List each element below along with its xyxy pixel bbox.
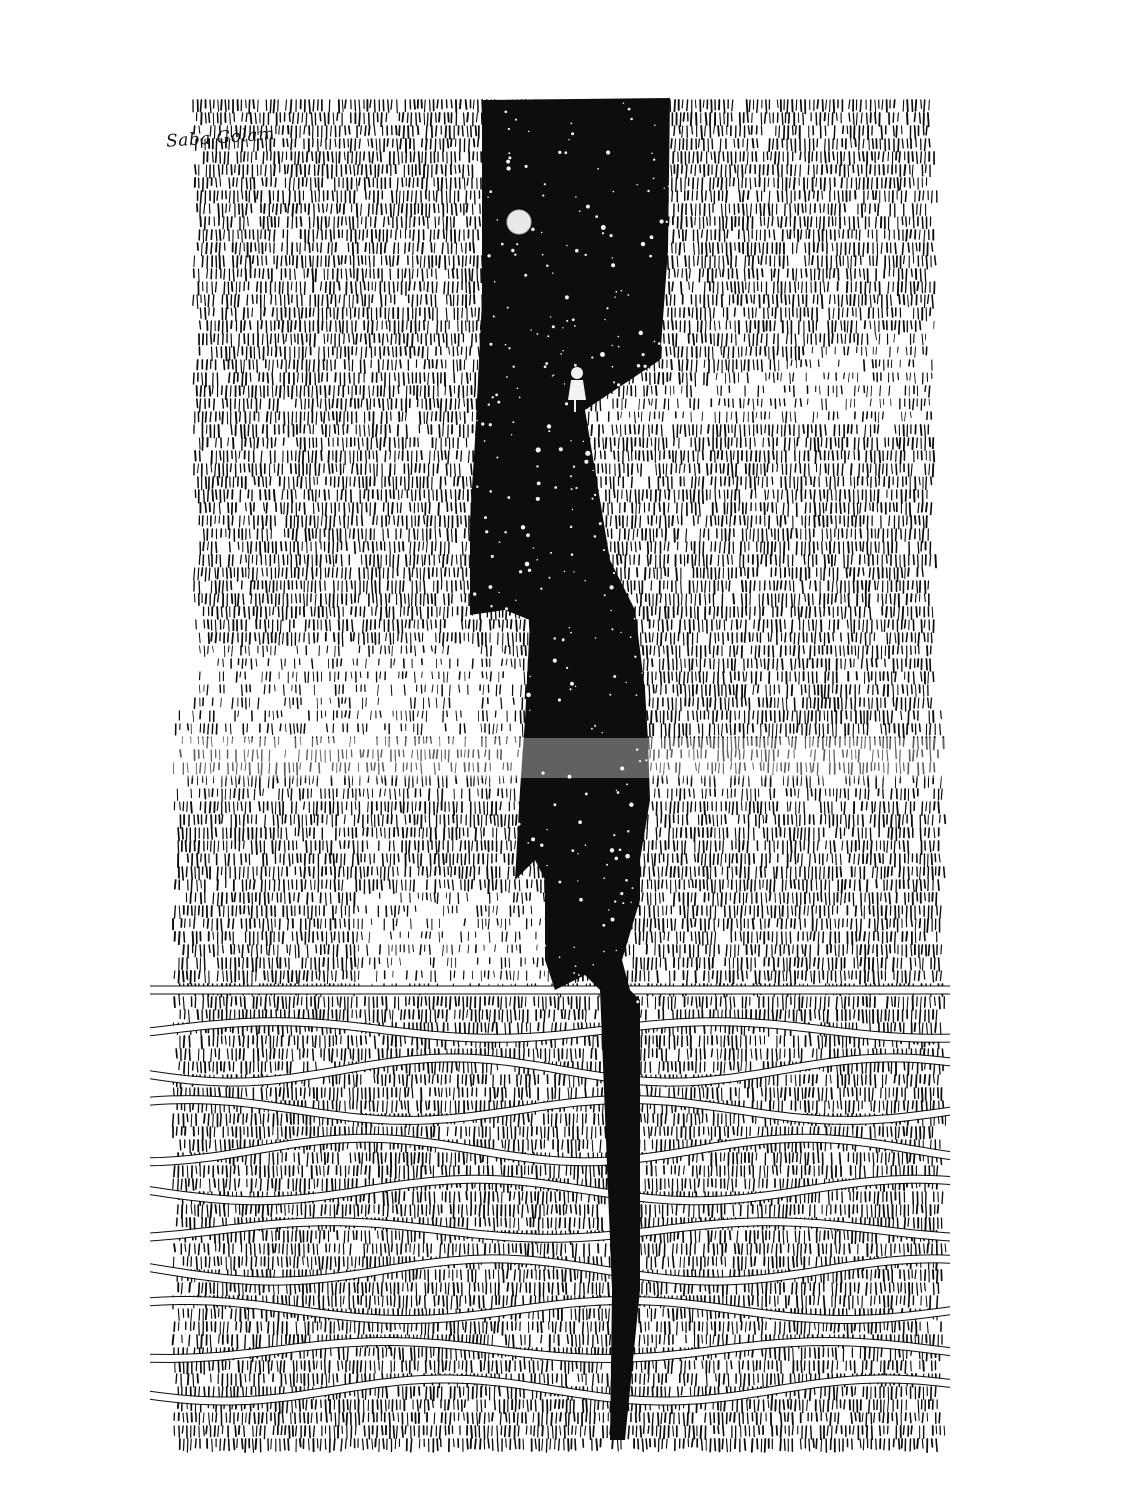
moon-icon xyxy=(507,210,531,234)
figure-dress xyxy=(568,380,586,400)
figure-head xyxy=(571,367,583,379)
ink-illustration xyxy=(0,0,1125,1500)
blur-band xyxy=(170,738,950,778)
